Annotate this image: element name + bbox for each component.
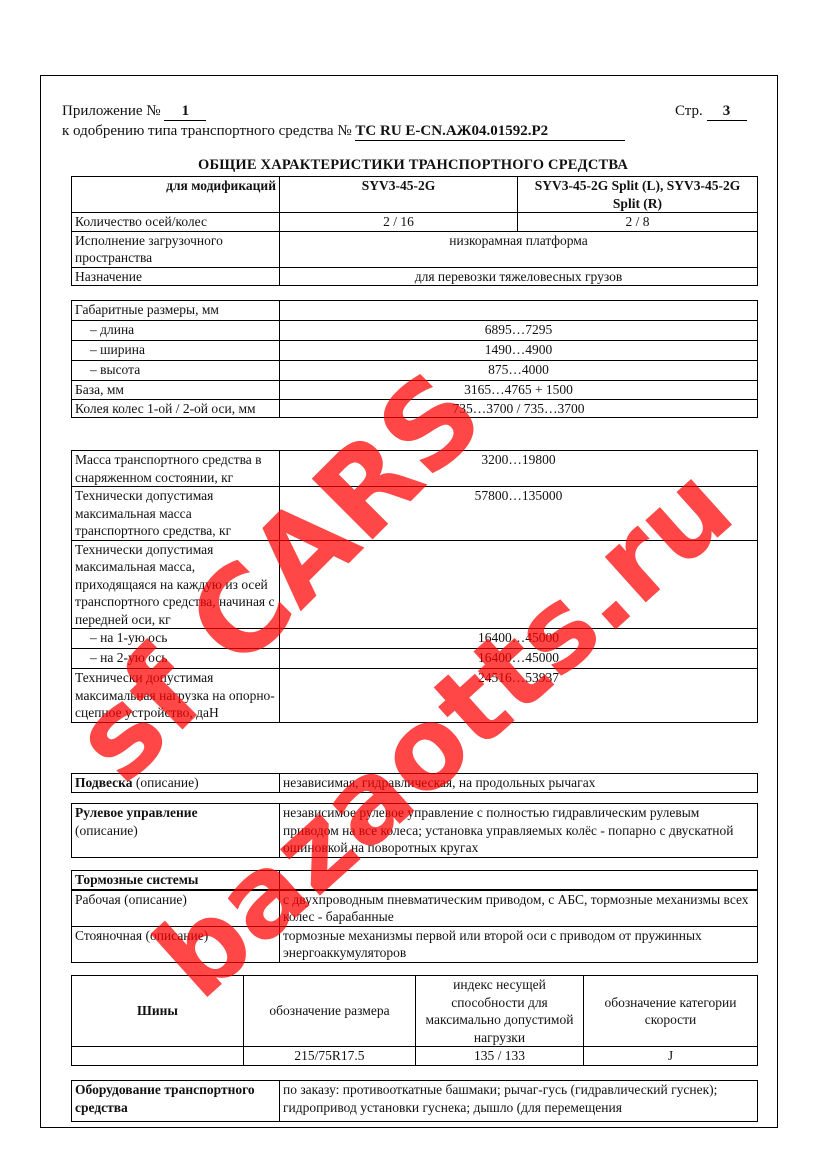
table-row: База, мм 3165…4765 + 1500 — [72, 381, 758, 400]
row-value: 3200…19800 — [280, 451, 758, 487]
table-row: 215/75R17.5 135 / 133 J — [72, 1047, 758, 1066]
page-label: Стр. — [675, 103, 703, 119]
suspension-label-rest: (описание) — [132, 775, 198, 790]
table-row: – длина 6895…7295 — [72, 321, 758, 341]
appendix-number: 1 — [164, 102, 206, 121]
appendix-line: Приложение № 1 — [62, 102, 206, 121]
brakes-table: Тормозные системы Рабочая (описание) с д… — [71, 870, 758, 963]
row-value: низкорамная платформа — [280, 231, 758, 267]
row-value: 875…4000 — [280, 361, 758, 381]
table-row: Рабочая (описание) с двухпроводным пневм… — [72, 890, 758, 927]
steering-label-rest: (описание) — [75, 823, 138, 838]
tires-col-size: обозначение размера — [244, 976, 416, 1047]
row-value: 57800…135000 — [280, 487, 758, 541]
tires-col-load: индекс несущей способности для максималь… — [416, 976, 584, 1047]
brakes-title-empty — [280, 871, 758, 890]
row-value: 735…3700 / 735…3700 — [280, 399, 758, 418]
row-value-a: 2 / 16 — [280, 213, 518, 232]
mass-table: Масса транспортного средства в снаряженн… — [71, 450, 758, 723]
table-row: Шины обозначение размера индекс несущей … — [72, 976, 758, 1047]
appendix-label: Приложение № — [62, 103, 161, 119]
table-row: Назначение для перевозки тяжеловесных гр… — [72, 267, 758, 286]
tires-load-value: 135 / 133 — [416, 1047, 584, 1066]
row-value: 24516…53937 — [280, 669, 758, 723]
row-label: Исполнение загрузочного пространства — [72, 231, 280, 267]
row-label: База, мм — [72, 381, 280, 400]
equipment-label: Оборудование транспортного средства — [72, 1081, 280, 1122]
modification-header: для модификаций — [72, 177, 280, 213]
table-row: Масса транспортного средства в снаряженн… — [72, 451, 758, 487]
tires-speed-value: J — [584, 1047, 758, 1066]
table-row: Оборудование транспортного средства по з… — [72, 1081, 758, 1122]
row-label: – ширина — [72, 341, 280, 361]
suspension-label: Подвеска (описание) — [72, 774, 280, 793]
tires-table: Шины обозначение размера индекс несущей … — [71, 975, 758, 1066]
page-number: 3 — [707, 102, 747, 121]
row-value — [280, 301, 758, 321]
suspension-table: Подвеска (описание) независимая, гидравл… — [71, 773, 758, 793]
table-row: – ширина 1490…4900 — [72, 341, 758, 361]
table-row: Технически допустимая максимальная масса… — [72, 540, 758, 629]
row-value: тормозные механизмы первой или второй ос… — [280, 926, 758, 962]
row-label: Количество осей/колес — [72, 213, 280, 232]
steering-table: Рулевое управление(описание) независимое… — [71, 803, 758, 858]
suspension-value: независимая, гидравлическая, на продольн… — [280, 774, 758, 793]
row-label: – высота — [72, 361, 280, 381]
table-row: для модификаций SYV3-45-2G SYV3-45-2G Sp… — [72, 177, 758, 213]
table-row: Подвеска (описание) независимая, гидравл… — [72, 774, 758, 793]
steering-value: независимое рулевое управление с полност… — [280, 804, 758, 858]
table-row: Колея колес 1-ой / 2-ой оси, мм 735…3700… — [72, 399, 758, 418]
row-value: 1490…4900 — [280, 341, 758, 361]
table-row: Исполнение загрузочного пространства низ… — [72, 231, 758, 267]
row-label: Габаритные размеры, мм — [72, 301, 280, 321]
row-label: Технически допустимая максимальная масса… — [72, 540, 280, 629]
equipment-value: по заказу: противооткатные башмаки; рыча… — [280, 1081, 758, 1122]
general-table: для модификаций SYV3-45-2G SYV3-45-2G Sp… — [71, 176, 758, 286]
row-value — [280, 540, 758, 629]
table-row: Количество осей/колес 2 / 16 2 / 8 — [72, 213, 758, 232]
row-label: Назначение — [72, 267, 280, 286]
brakes-title: Тормозные системы — [72, 871, 280, 890]
row-label: Стояночная (описание) — [72, 926, 280, 962]
tires-row-label — [72, 1047, 244, 1066]
approval-label: к одобрению типа транспортного средства … — [62, 123, 352, 139]
row-value-b: 2 / 8 — [518, 213, 758, 232]
table-row: Технически допустимая максимальная нагру… — [72, 669, 758, 723]
page-number-line: Стр. 3 — [675, 102, 747, 121]
approval-number: ТС RU E-CN.АЖ04.01592.Р2 — [355, 122, 625, 141]
document-title: ОБЩИЕ ХАРАКТЕРИСТИКИ ТРАНСПОРТНОГО СРЕДС… — [70, 157, 756, 174]
table-row: Стояночная (описание) тормозные механизм… — [72, 926, 758, 962]
approval-line: к одобрению типа транспортного средства … — [62, 122, 625, 141]
table-row: Технически допустимая максимальная масса… — [72, 487, 758, 541]
table-row: Тормозные системы — [72, 871, 758, 890]
equipment-table: Оборудование транспортного средства по з… — [71, 1080, 758, 1122]
table-row: – высота 875…4000 — [72, 361, 758, 381]
row-label: – на 2-ую ось — [72, 649, 280, 669]
row-value: 3165…4765 + 1500 — [280, 381, 758, 400]
tires-title: Шины — [72, 976, 244, 1047]
table-row: – на 1-ую ось 16400…45000 — [72, 629, 758, 649]
suspension-label-bold: Подвеска — [75, 775, 132, 790]
model-a-header: SYV3-45-2G — [280, 177, 518, 213]
table-row: – на 2-ую ось 16400…45000 — [72, 649, 758, 669]
row-label: Масса транспортного средства в снаряженн… — [72, 451, 280, 487]
model-b-header: SYV3-45-2G Split (L), SYV3-45-2G Split (… — [518, 177, 758, 213]
row-label: Технически допустимая максимальная масса… — [72, 487, 280, 541]
tires-col-speed: обозначение категории скорости — [584, 976, 758, 1047]
row-value: с двухпроводным пневматическим приводом,… — [280, 890, 758, 927]
row-value: 16400…45000 — [280, 649, 758, 669]
steering-label: Рулевое управление(описание) — [72, 804, 280, 858]
table-row: Габаритные размеры, мм — [72, 301, 758, 321]
row-label: – длина — [72, 321, 280, 341]
row-label: – на 1-ую ось — [72, 629, 280, 649]
row-value: для перевозки тяжеловесных грузов — [280, 267, 758, 286]
row-label: Колея колес 1-ой / 2-ой оси, мм — [72, 399, 280, 418]
steering-label-bold: Рулевое управление — [75, 805, 198, 820]
table-row: Рулевое управление(описание) независимое… — [72, 804, 758, 858]
row-label: Технически допустимая максимальная нагру… — [72, 669, 280, 723]
tires-size-value: 215/75R17.5 — [244, 1047, 416, 1066]
row-value: 16400…45000 — [280, 629, 758, 649]
row-label: Рабочая (описание) — [72, 890, 280, 927]
dimensions-table: Габаритные размеры, мм – длина 6895…7295… — [71, 300, 758, 418]
row-value: 6895…7295 — [280, 321, 758, 341]
